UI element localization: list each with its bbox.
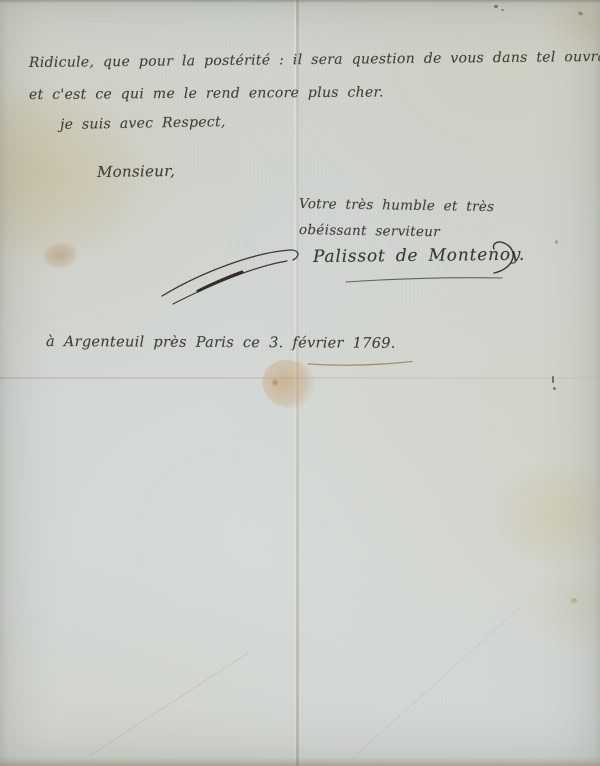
- dateline-text: à Argenteuil près Paris ce 3. février 17…: [46, 334, 396, 352]
- ink-speck: [501, 9, 504, 11]
- fold-crease-vertical: [296, 0, 299, 766]
- stain-center-dark-core: [271, 378, 279, 387]
- signature-flourish: [162, 250, 298, 296]
- letter-page: Ridicule, que pour la postérité : il ser…: [0, 0, 600, 766]
- fold-crease-horizontal: [0, 377, 600, 379]
- body-line-1: Ridicule, que pour la postérité : il ser…: [29, 49, 600, 71]
- laid-paper-texture: [0, 0, 600, 766]
- ink-speck: [494, 5, 498, 8]
- paper-bottom-edge-shadow: [0, 757, 600, 766]
- crease-diagonal-center: [350, 606, 522, 761]
- stain-right-side: [492, 460, 600, 570]
- stain-center-blot: [256, 353, 322, 415]
- body-line-2: et c'est ce qui me le rend encore plus c…: [29, 85, 384, 103]
- ink-speck: [553, 387, 556, 390]
- paper-mottling: [0, 0, 600, 766]
- stain-left-small: [40, 239, 81, 273]
- valediction-line: je suis avec Respect,: [60, 114, 226, 133]
- closing-formula-line-1: Votre très humble et très: [299, 196, 495, 215]
- ink-speck: [552, 376, 554, 383]
- signature-flourish-thick: [198, 272, 242, 291]
- signature-text: Palissot de Montenoy.: [313, 245, 525, 267]
- photo-vignette: [0, 0, 600, 766]
- ink-speck: [578, 11, 584, 16]
- date-underline: [308, 362, 412, 366]
- foxing-dot: [571, 598, 577, 603]
- paper-top-edge-shadow: [0, 0, 600, 3]
- stain-bottom-right: [515, 555, 600, 655]
- salutation-monsieur: Monsieur,: [97, 162, 175, 181]
- crease-diagonal-left: [90, 652, 250, 756]
- foxing-dot: [555, 240, 558, 244]
- signature-underline: [346, 278, 502, 282]
- signature-flourish-lower: [173, 261, 287, 304]
- closing-formula-line-2: obéissant serviteur: [299, 222, 440, 240]
